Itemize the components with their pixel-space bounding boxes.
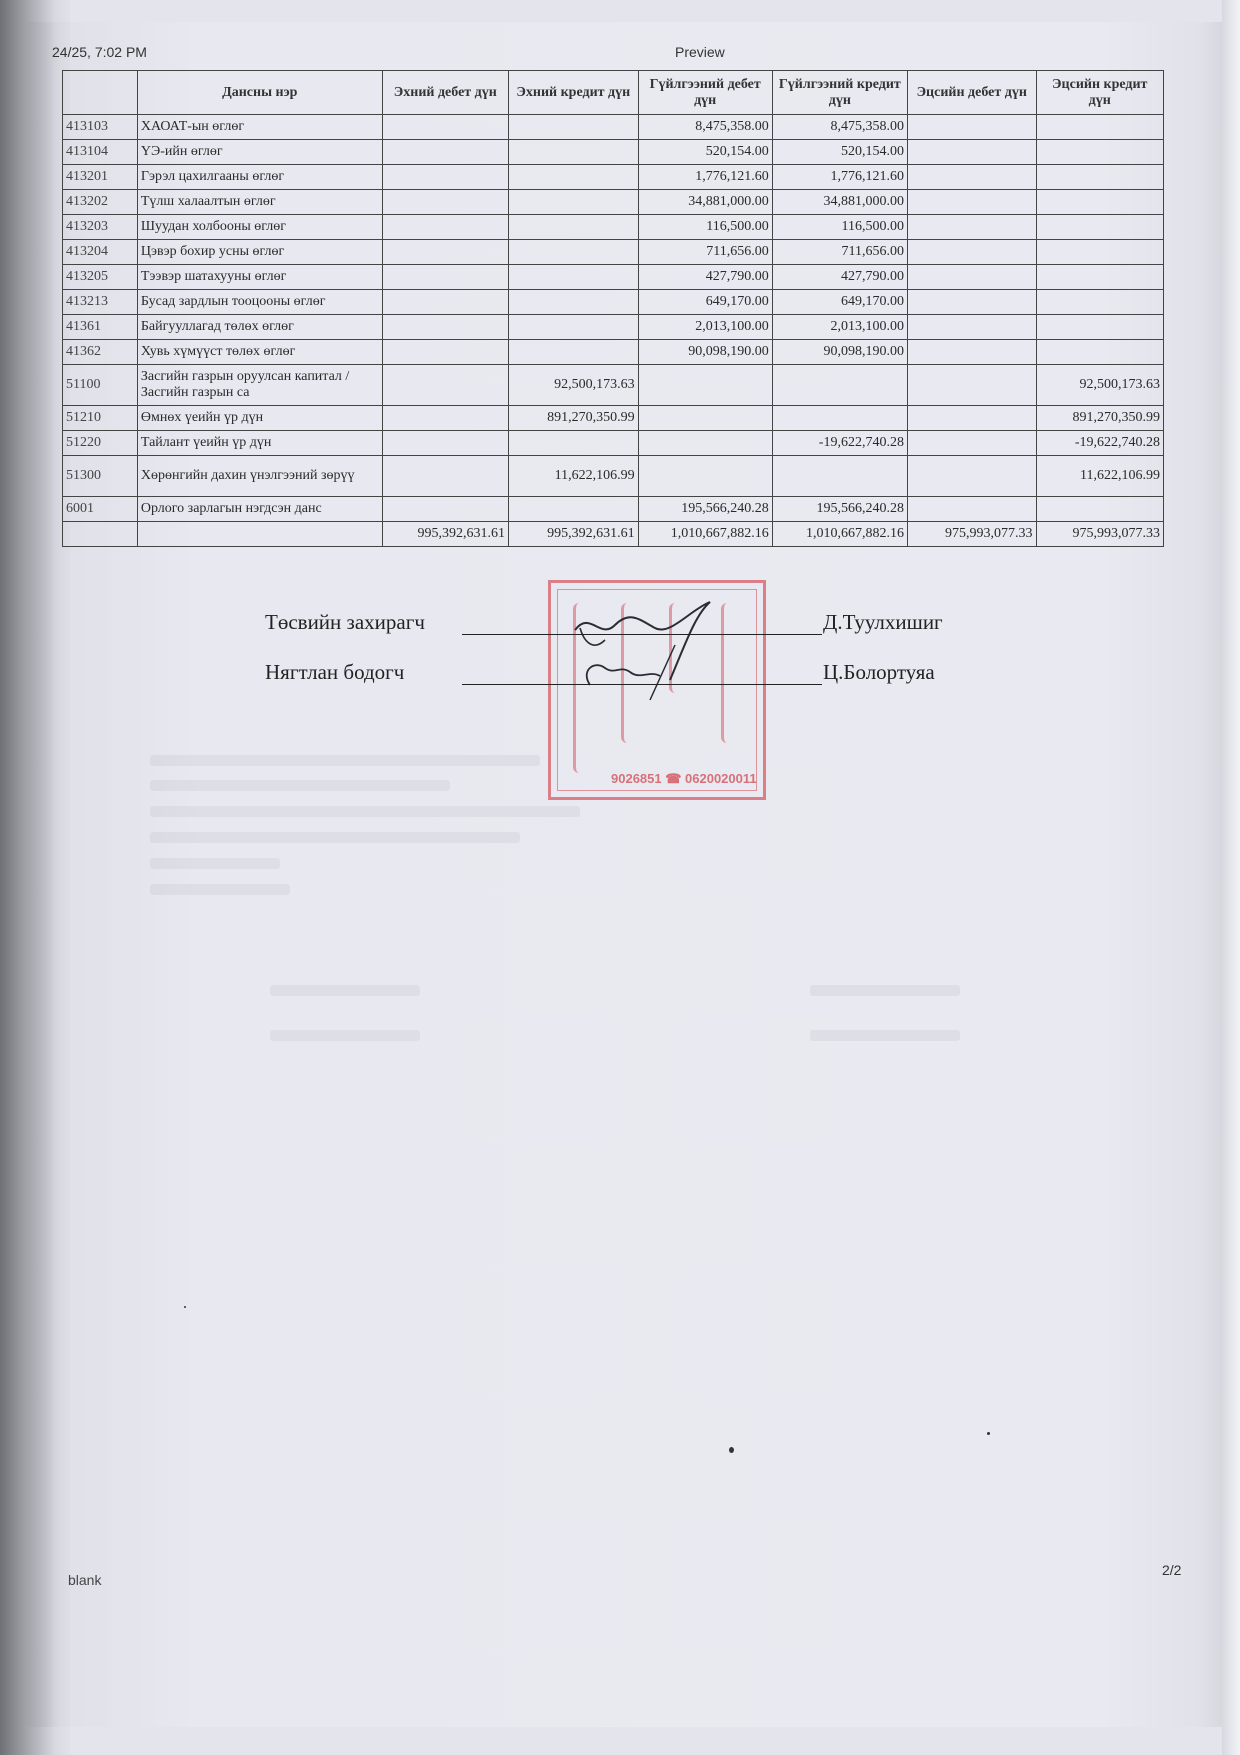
transaction-debit-cell	[638, 456, 772, 497]
closing-credit-cell	[1036, 240, 1164, 265]
total-closing-credit: 975,993,077.33	[1036, 522, 1164, 547]
closing-credit-cell	[1036, 115, 1164, 140]
opening-debit-cell	[382, 140, 508, 165]
table-row: 41361Байгууллагад төлөх өглөг2,013,100.0…	[63, 315, 1164, 340]
account-name-cell: Хөрөнгийн дахин үнэлгээний зөрүү	[137, 456, 382, 497]
table-row: 51100Засгийн газрын оруулсан капитал /За…	[63, 365, 1164, 406]
table-row: 51220Тайлант үеийн үр дүн-19,622,740.28-…	[63, 431, 1164, 456]
transaction-credit-cell	[772, 406, 907, 431]
transaction-debit-cell: 649,170.00	[638, 290, 772, 315]
opening-credit-cell	[508, 215, 638, 240]
col-header-account-name: Дансны нэр	[137, 71, 382, 115]
closing-debit-cell	[907, 497, 1036, 522]
closing-credit-cell: 891,270,350.99	[1036, 406, 1164, 431]
table-row: 51300Хөрөнгийн дахин үнэлгээний зөрүү11,…	[63, 456, 1164, 497]
opening-credit-cell	[508, 265, 638, 290]
account-name-cell: Шуудан холбооны өглөг	[137, 215, 382, 240]
opening-debit-cell	[382, 265, 508, 290]
transaction-credit-cell: 34,881,000.00	[772, 190, 907, 215]
closing-credit-cell: 11,622,106.99	[1036, 456, 1164, 497]
closing-debit-cell	[907, 165, 1036, 190]
transaction-credit-cell: 8,475,358.00	[772, 115, 907, 140]
account-name-cell: Хувь хүмүүст төлөх өглөг	[137, 340, 382, 365]
opening-debit-cell	[382, 315, 508, 340]
transaction-debit-cell: 90,098,190.00	[638, 340, 772, 365]
closing-credit-cell	[1036, 190, 1164, 215]
opening-debit-cell	[382, 165, 508, 190]
total-closing-debit: 975,993,077.33	[907, 522, 1036, 547]
paper-speck	[184, 1306, 186, 1308]
opening-credit-cell	[508, 165, 638, 190]
closing-debit-cell	[907, 340, 1036, 365]
transaction-debit-cell: 520,154.00	[638, 140, 772, 165]
closing-debit-cell	[907, 140, 1036, 165]
account-code-cell: 413203	[63, 215, 138, 240]
opening-credit-cell	[508, 190, 638, 215]
opening-credit-cell	[508, 497, 638, 522]
signature-role: Нягтлан бодогч	[265, 660, 404, 685]
account-name-cell: Түлш халаалтын өглөг	[137, 190, 382, 215]
page-indicator: 2/2	[1162, 1562, 1181, 1578]
transaction-credit-cell: 649,170.00	[772, 290, 907, 315]
table-header-row: Дансны нэр Эхний дебет дүн Эхний кредит …	[63, 71, 1164, 115]
account-code-cell: 413201	[63, 165, 138, 190]
account-name-cell: Орлого зарлагын нэгдсэн данс	[137, 497, 382, 522]
print-date: 24/25, 7:02 PM	[52, 44, 147, 60]
closing-debit-cell	[907, 215, 1036, 240]
account-name-cell: Цэвэр бохир усны өглөг	[137, 240, 382, 265]
table-row: 413204Цэвэр бохир усны өглөг711,656.0071…	[63, 240, 1164, 265]
transaction-debit-cell: 2,013,100.00	[638, 315, 772, 340]
account-name-cell: ХАОАТ-ын өглөг	[137, 115, 382, 140]
opening-debit-cell	[382, 115, 508, 140]
signatory-name: Д.Туулхишиг	[823, 610, 943, 635]
table-row: 413201Гэрэл цахилгааны өглөг1,776,121.60…	[63, 165, 1164, 190]
closing-debit-cell	[907, 365, 1036, 406]
closing-debit-cell	[907, 290, 1036, 315]
opening-credit-cell	[508, 340, 638, 365]
opening-debit-cell	[382, 406, 508, 431]
binding-shadow	[0, 0, 70, 1755]
opening-credit-cell	[508, 240, 638, 265]
transaction-credit-cell: 195,566,240.28	[772, 497, 907, 522]
account-code-cell: 51220	[63, 431, 138, 456]
closing-debit-cell	[907, 190, 1036, 215]
transaction-credit-cell: 520,154.00	[772, 140, 907, 165]
trial-balance-table: Дансны нэр Эхний дебет дүн Эхний кредит …	[62, 70, 1164, 547]
signature-line	[462, 634, 822, 635]
closing-credit-cell	[1036, 315, 1164, 340]
opening-debit-cell	[382, 290, 508, 315]
closing-debit-cell	[907, 456, 1036, 497]
total-opening-credit: 995,392,631.61	[508, 522, 638, 547]
closing-credit-cell	[1036, 140, 1164, 165]
account-code-cell: 413204	[63, 240, 138, 265]
signature-role: Төсвийн захирагч	[265, 610, 425, 635]
closing-debit-cell	[907, 431, 1036, 456]
closing-debit-cell	[907, 115, 1036, 140]
table-row: 413203Шуудан холбооны өглөг116,500.00116…	[63, 215, 1164, 240]
account-name-cell: Тээвэр шатахууны өглөг	[137, 265, 382, 290]
transaction-debit-cell	[638, 406, 772, 431]
account-name-cell: Гэрэл цахилгааны өглөг	[137, 165, 382, 190]
account-code-cell: 413103	[63, 115, 138, 140]
account-code-cell: 41361	[63, 315, 138, 340]
closing-debit-cell	[907, 406, 1036, 431]
table-row: 6001Орлого зарлагын нэгдсэн данс195,566,…	[63, 497, 1164, 522]
total-opening-debit: 995,392,631.61	[382, 522, 508, 547]
transaction-debit-cell: 8,475,358.00	[638, 115, 772, 140]
totals-row: 995,392,631.61 995,392,631.61 1,010,667,…	[63, 522, 1164, 547]
opening-debit-cell	[382, 240, 508, 265]
opening-credit-cell	[508, 431, 638, 456]
closing-credit-cell	[1036, 497, 1164, 522]
closing-credit-cell	[1036, 290, 1164, 315]
transaction-credit-cell: 116,500.00	[772, 215, 907, 240]
opening-credit-cell	[508, 140, 638, 165]
page-edge	[1222, 0, 1240, 1755]
paper-speck	[987, 1432, 990, 1435]
closing-credit-cell	[1036, 165, 1164, 190]
col-header-closing-credit: Эцсийн кредит дүн	[1036, 71, 1164, 115]
account-code-cell: 51300	[63, 456, 138, 497]
account-name-cell: Засгийн газрын оруулсан капитал /Засгийн…	[137, 365, 382, 406]
account-name-cell: Байгууллагад төлөх өглөг	[137, 315, 382, 340]
totals-label	[137, 522, 382, 547]
signature-line	[462, 684, 822, 685]
closing-debit-cell	[907, 240, 1036, 265]
account-code-cell: 51100	[63, 365, 138, 406]
opening-debit-cell	[382, 340, 508, 365]
table-row: 413205Тээвэр шатахууны өглөг427,790.0042…	[63, 265, 1164, 290]
table-row: 41362Хувь хүмүүст төлөх өглөг90,098,190.…	[63, 340, 1164, 365]
table-row: 413213Бусад зардлын тооцооны өглөг649,17…	[63, 290, 1164, 315]
opening-credit-cell: 11,622,106.99	[508, 456, 638, 497]
totals-code	[63, 522, 138, 547]
account-code-cell: 51210	[63, 406, 138, 431]
opening-debit-cell	[382, 456, 508, 497]
table-row: 413202Түлш халаалтын өглөг34,881,000.003…	[63, 190, 1164, 215]
closing-credit-cell	[1036, 215, 1164, 240]
col-header-code	[63, 71, 138, 115]
transaction-debit-cell	[638, 365, 772, 406]
account-code-cell: 413104	[63, 140, 138, 165]
paper-speck	[729, 1447, 734, 1453]
table-row: 413103ХАОАТ-ын өглөг8,475,358.008,475,35…	[63, 115, 1164, 140]
transaction-credit-cell: 2,013,100.00	[772, 315, 907, 340]
col-header-transaction-debit: Гүйлгээний дебет дүн	[638, 71, 772, 115]
transaction-debit-cell: 427,790.00	[638, 265, 772, 290]
transaction-credit-cell	[772, 365, 907, 406]
opening-debit-cell	[382, 431, 508, 456]
opening-credit-cell	[508, 115, 638, 140]
opening-credit-cell: 92,500,173.63	[508, 365, 638, 406]
transaction-debit-cell: 34,881,000.00	[638, 190, 772, 215]
account-name-cell: Бусад зардлын тооцооны өглөг	[137, 290, 382, 315]
table-row: 51210Өмнөх үеийн үр дүн891,270,350.99891…	[63, 406, 1164, 431]
account-name-cell: ҮЭ-ийн өглөг	[137, 140, 382, 165]
opening-debit-cell	[382, 497, 508, 522]
transaction-credit-cell: 711,656.00	[772, 240, 907, 265]
closing-credit-cell: -19,622,740.28	[1036, 431, 1164, 456]
print-title: Preview	[675, 44, 725, 60]
col-header-transaction-credit: Гүйлгээний кредит дүн	[772, 71, 907, 115]
account-code-cell: 413202	[63, 190, 138, 215]
transaction-credit-cell: -19,622,740.28	[772, 431, 907, 456]
col-header-closing-debit: Эцсийн дебет дүн	[907, 71, 1036, 115]
closing-credit-cell	[1036, 340, 1164, 365]
opening-credit-cell	[508, 315, 638, 340]
closing-credit-cell	[1036, 265, 1164, 290]
col-header-opening-credit: Эхний кредит дүн	[508, 71, 638, 115]
account-name-cell: Тайлант үеийн үр дүн	[137, 431, 382, 456]
signatory-name: Ц.Болортуяа	[823, 660, 935, 685]
transaction-debit-cell	[638, 431, 772, 456]
account-code-cell: 413205	[63, 265, 138, 290]
opening-credit-cell: 891,270,350.99	[508, 406, 638, 431]
transaction-debit-cell: 195,566,240.28	[638, 497, 772, 522]
col-header-opening-debit: Эхний дебет дүн	[382, 71, 508, 115]
transaction-debit-cell: 116,500.00	[638, 215, 772, 240]
account-code-cell: 413213	[63, 290, 138, 315]
transaction-debit-cell: 711,656.00	[638, 240, 772, 265]
account-name-cell: Өмнөх үеийн үр дүн	[137, 406, 382, 431]
opening-debit-cell	[382, 215, 508, 240]
opening-debit-cell	[382, 190, 508, 215]
opening-credit-cell	[508, 290, 638, 315]
closing-credit-cell: 92,500,173.63	[1036, 365, 1164, 406]
transaction-debit-cell: 1,776,121.60	[638, 165, 772, 190]
total-transaction-credit: 1,010,667,882.16	[772, 522, 907, 547]
print-footer-url: blank	[68, 1572, 101, 1588]
closing-debit-cell	[907, 315, 1036, 340]
transaction-credit-cell	[772, 456, 907, 497]
table-row: 413104ҮЭ-ийн өглөг520,154.00520,154.00	[63, 140, 1164, 165]
transaction-credit-cell: 1,776,121.60	[772, 165, 907, 190]
closing-debit-cell	[907, 265, 1036, 290]
transaction-credit-cell: 90,098,190.00	[772, 340, 907, 365]
opening-debit-cell	[382, 365, 508, 406]
handwritten-signatures	[560, 590, 720, 720]
account-code-cell: 41362	[63, 340, 138, 365]
stamp-number: 9026851 ☎ 0620020011	[611, 771, 757, 787]
transaction-credit-cell: 427,790.00	[772, 265, 907, 290]
account-code-cell: 6001	[63, 497, 138, 522]
total-transaction-debit: 1,010,667,882.16	[638, 522, 772, 547]
